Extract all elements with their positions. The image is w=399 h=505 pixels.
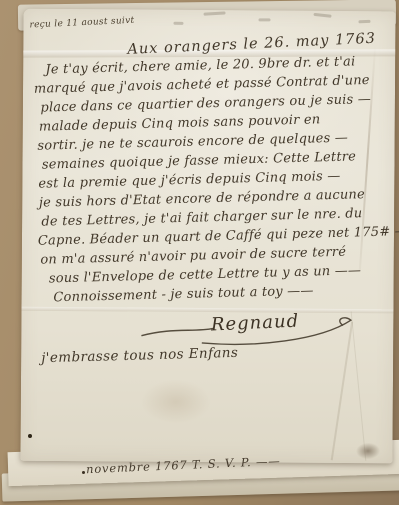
- ghost-writing-mark: [203, 11, 225, 15]
- ink-speck: [82, 471, 85, 474]
- postscript: j'embrasse tous nos Enfans: [41, 345, 238, 366]
- ink-speck: [28, 434, 32, 438]
- letter-body: Je t'ay écrit, chere amie, le 20. 9bre d…: [33, 51, 399, 307]
- ghost-writing-mark: [358, 20, 370, 24]
- letter-photo: reçu le 11 aoust suivt Aux orangers le 2…: [0, 0, 399, 505]
- ghost-writing-mark: [258, 18, 270, 21]
- signature: Regnaud: [211, 311, 300, 336]
- ink-smudge: [352, 439, 385, 462]
- ghost-writing-mark: [313, 13, 331, 18]
- paper-stain: [141, 380, 211, 424]
- ghost-writing-mark: [173, 22, 183, 25]
- paper-sheet: reçu le 11 aoust suivt Aux orangers le 2…: [20, 9, 395, 464]
- received-note: reçu le 11 aoust suivt: [29, 16, 134, 31]
